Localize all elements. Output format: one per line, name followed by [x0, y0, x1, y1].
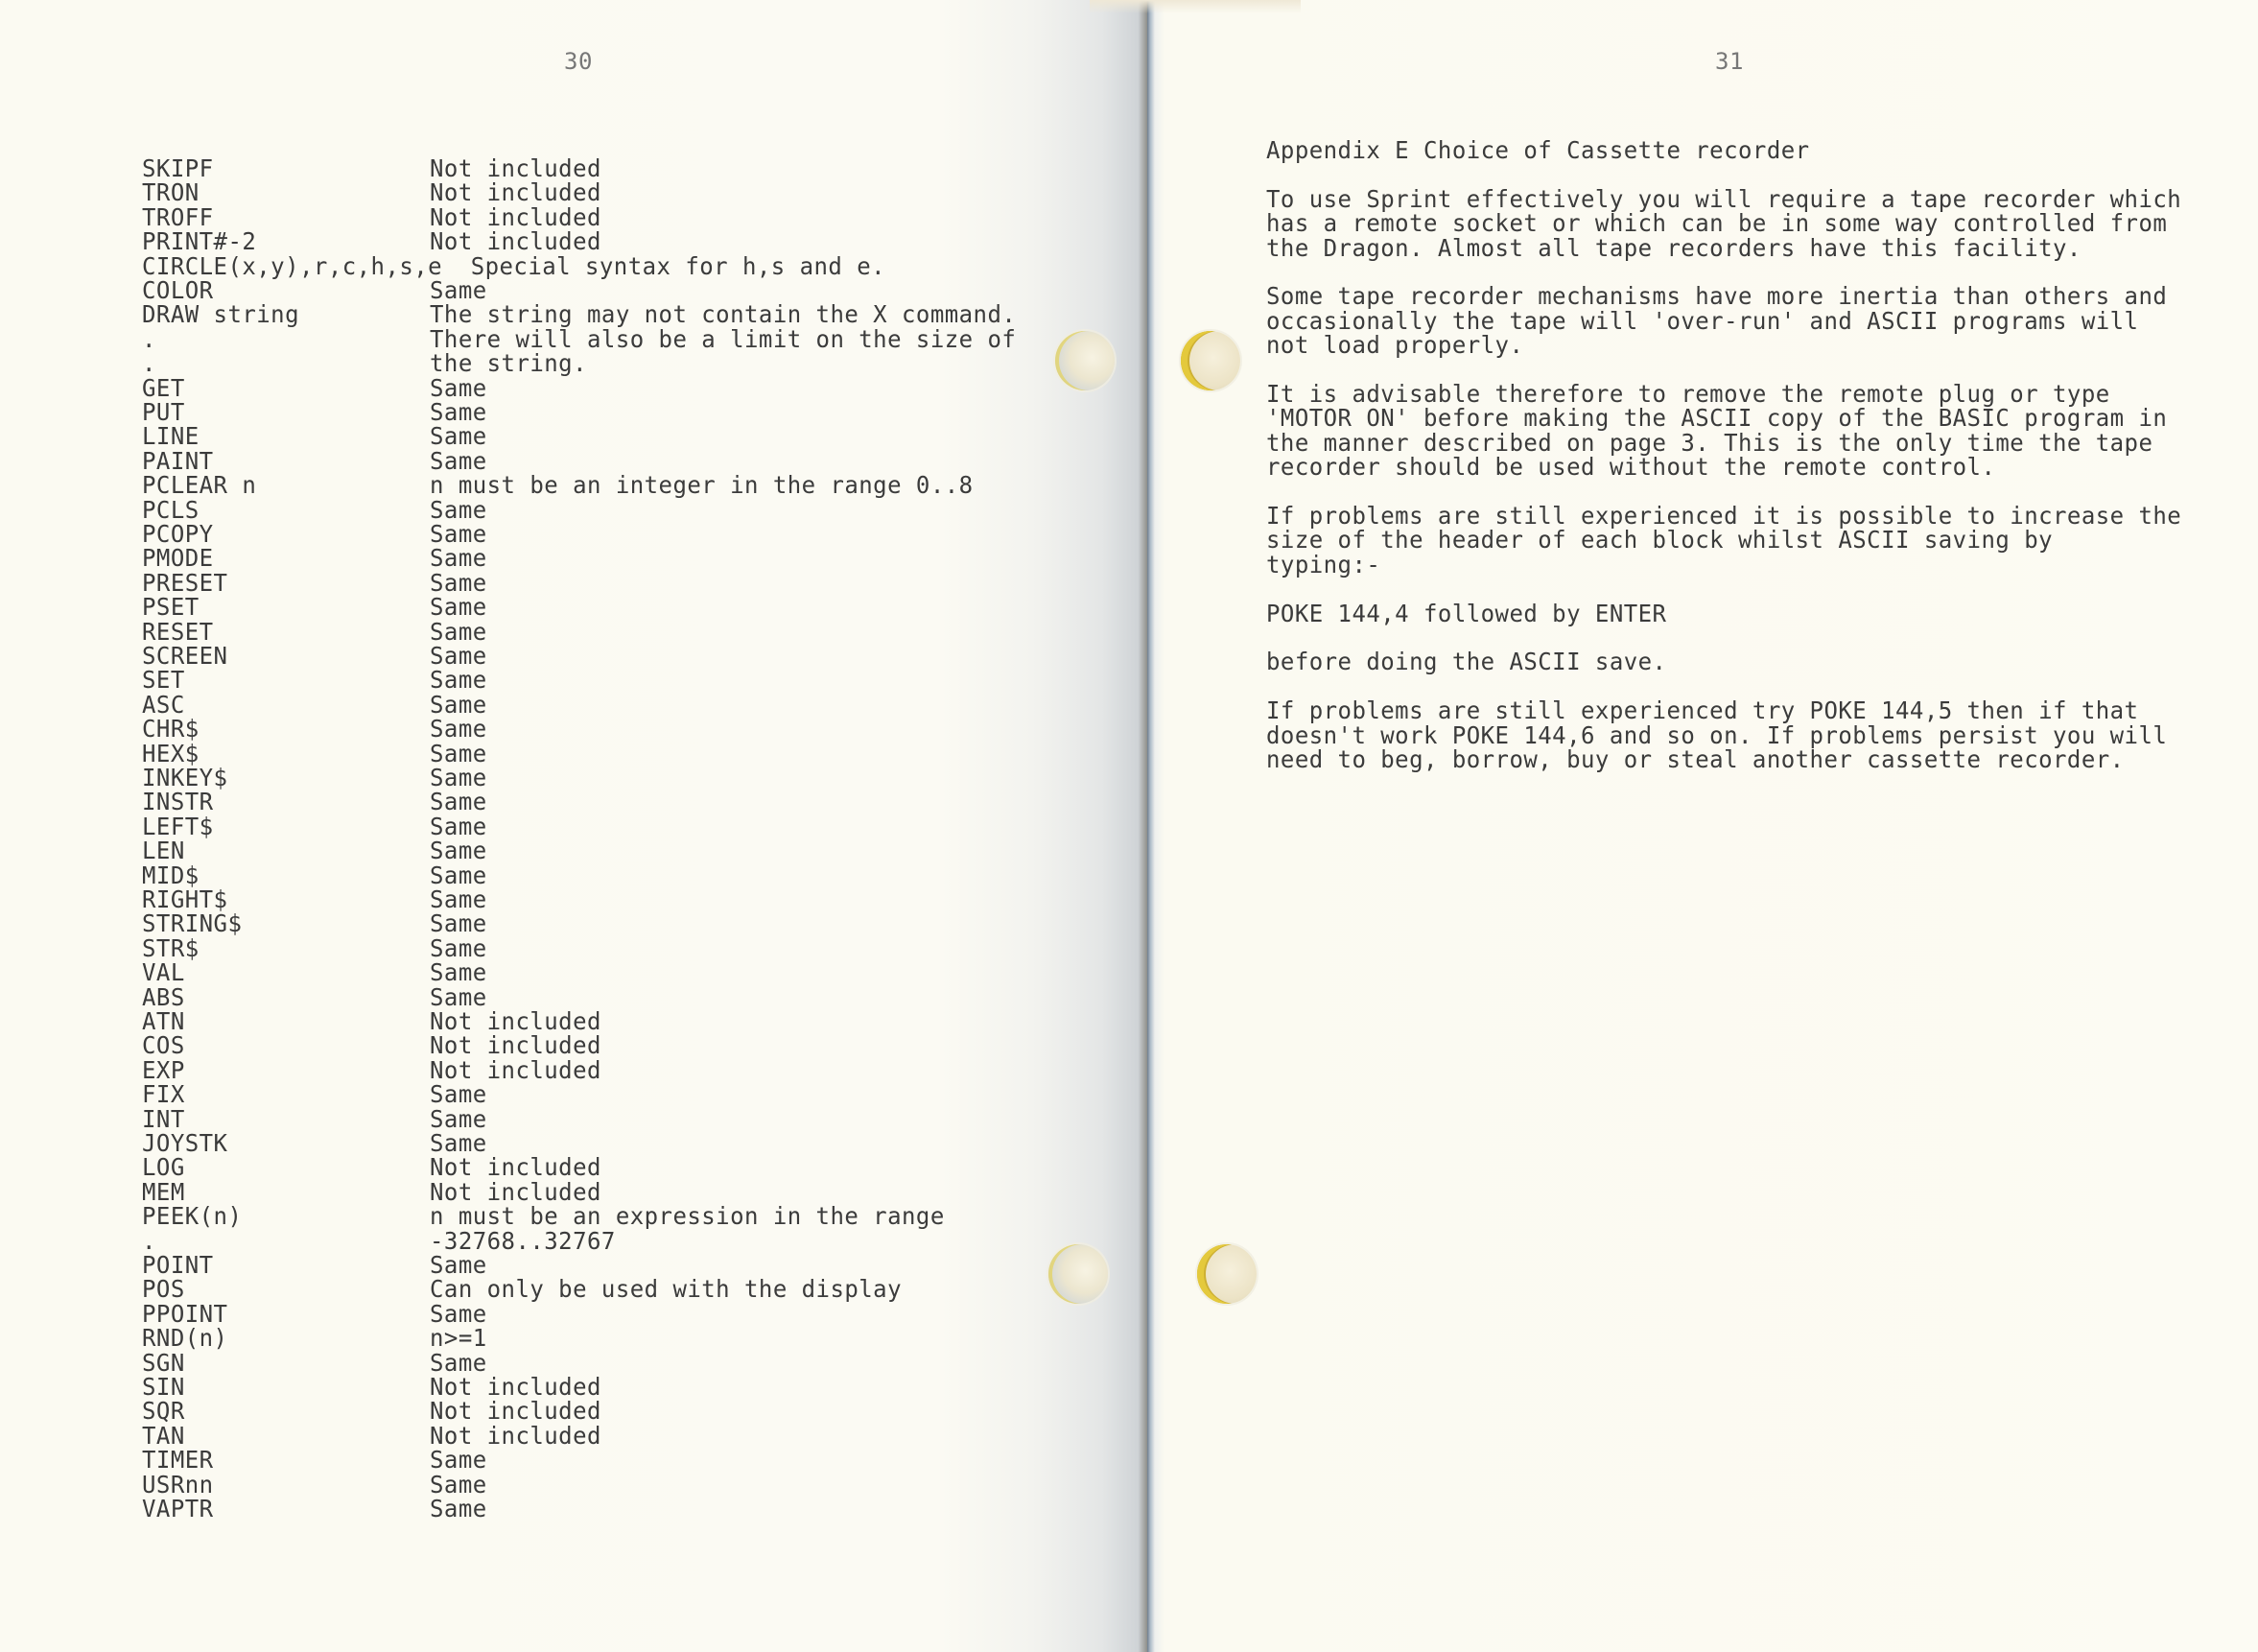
- command-name: GET: [142, 375, 185, 401]
- command-description: Same: [430, 959, 487, 985]
- command-description: Same: [430, 716, 487, 742]
- command-description: Not included: [430, 179, 601, 205]
- command-description: Special syntax for h,s and e.: [471, 253, 885, 279]
- command-name: INT: [142, 1106, 185, 1132]
- appendix-heading: Appendix E Choice of Cassette recorder: [1266, 137, 1810, 163]
- command-description: Same: [430, 1081, 487, 1107]
- command-name: INSTR: [142, 789, 214, 814]
- command-name: SET: [142, 667, 185, 693]
- binder-hole-top-right: [1181, 331, 1240, 390]
- text-line: recorder should be used without the remo…: [1266, 454, 1995, 480]
- command-name: PEEK(n): [142, 1203, 242, 1229]
- command-name: SQR: [142, 1398, 185, 1424]
- command-name: PMODE: [142, 545, 214, 571]
- command-description: -32768..32767: [430, 1228, 616, 1254]
- command-description: Same: [430, 375, 487, 401]
- command-name: TRON: [142, 179, 200, 205]
- command-description: The string may not contain the X command…: [430, 301, 1016, 327]
- text-line: size of the header of each block whilst …: [1266, 527, 2053, 553]
- command-description: Same: [430, 1472, 487, 1498]
- text-line: not load properly.: [1266, 332, 1523, 358]
- command-description: Same: [430, 545, 487, 571]
- command-description: Not included: [430, 228, 601, 254]
- text-line: before doing the ASCII save.: [1266, 649, 1666, 674]
- binder-hole-top-left: [1055, 331, 1115, 390]
- command-name: .: [142, 1228, 156, 1254]
- text-line: doesn't work POKE 144,6 and so on. If pr…: [1266, 722, 2167, 748]
- command-name: VAPTR: [142, 1496, 214, 1522]
- text-line: Some tape recorder mechanisms have more …: [1266, 283, 2167, 309]
- text-line: has a remote socket or which can be in s…: [1266, 210, 2167, 236]
- command-name: TIMER: [142, 1447, 214, 1473]
- command-name: PCLS: [142, 497, 200, 523]
- command-name: VAL: [142, 959, 185, 985]
- command-name: COS: [142, 1032, 185, 1058]
- command-description: Same: [430, 1447, 487, 1473]
- command-description: Same: [430, 619, 487, 645]
- command-name: LOG: [142, 1154, 185, 1180]
- text-line: POKE 144,4 followed by ENTER: [1266, 601, 1666, 626]
- command-description: Not included: [430, 1154, 601, 1180]
- command-name: SGN: [142, 1350, 185, 1376]
- command-name: PCLEAR n: [142, 472, 256, 498]
- text-line: need to beg, borrow, buy or steal anothe…: [1266, 746, 2125, 772]
- command-description: Same: [430, 594, 487, 620]
- command-description: Same: [430, 984, 487, 1010]
- command-name: USRnn: [142, 1472, 214, 1498]
- command-name: HEX$: [142, 741, 200, 767]
- page-number-left: 30: [564, 48, 593, 75]
- command-description: Same: [430, 1350, 487, 1376]
- text-line: 'MOTOR ON' before making the ASCII copy …: [1266, 405, 2167, 431]
- command-description: Not included: [430, 1032, 601, 1058]
- command-name: .: [142, 350, 156, 376]
- command-name: FIX: [142, 1081, 185, 1107]
- text-line: If problems are still experienced try PO…: [1266, 697, 2138, 723]
- command-description: Same: [430, 910, 487, 936]
- command-description: Same: [430, 667, 487, 693]
- command-description: Same: [430, 862, 487, 888]
- command-description: Can only be used with the display: [430, 1276, 902, 1302]
- command-description: Not included: [430, 1398, 601, 1424]
- command-description: Same: [430, 497, 487, 523]
- command-description: Same: [430, 1496, 487, 1522]
- command-name: RND(n): [142, 1325, 227, 1351]
- command-name: CIRCLE(x,y),r,c,h,s,e: [142, 253, 442, 279]
- command-name: DRAW string: [142, 301, 299, 327]
- command-name: POS: [142, 1276, 185, 1302]
- command-name: RESET: [142, 619, 214, 645]
- command-description: Same: [430, 838, 487, 863]
- command-description: the string.: [430, 350, 587, 376]
- text-line: typing:-: [1266, 552, 1380, 578]
- command-description: Same: [430, 741, 487, 767]
- command-description: Same: [430, 423, 487, 449]
- command-name: LINE: [142, 423, 200, 449]
- command-description: Same: [430, 789, 487, 814]
- binder-hole-bottom-left: [1048, 1244, 1108, 1304]
- command-name: MID$: [142, 862, 200, 888]
- command-name: ABS: [142, 984, 185, 1010]
- page-number-right: 31: [1715, 48, 1744, 75]
- right-page: 31 Appendix E Choice of Cassette recorde…: [1147, 0, 2258, 1652]
- command-name: PRINT#-2: [142, 228, 256, 254]
- command-name: LEN: [142, 838, 185, 863]
- command-name: PSET: [142, 594, 200, 620]
- command-description: n must be an integer in the range 0..8: [430, 472, 974, 498]
- binder-hole-bottom-right: [1197, 1244, 1257, 1304]
- command-name: STRING$: [142, 910, 242, 936]
- text-line: the Dragon. Almost all tape recorders ha…: [1266, 235, 2082, 261]
- left-page: 30 SKIPFNot includedTRONNot includedTROF…: [0, 0, 1147, 1652]
- command-description: Same: [430, 1106, 487, 1132]
- command-description: n>=1: [430, 1325, 487, 1351]
- command-description: n must be an expression in the range: [430, 1203, 945, 1229]
- command-name: CHR$: [142, 716, 200, 742]
